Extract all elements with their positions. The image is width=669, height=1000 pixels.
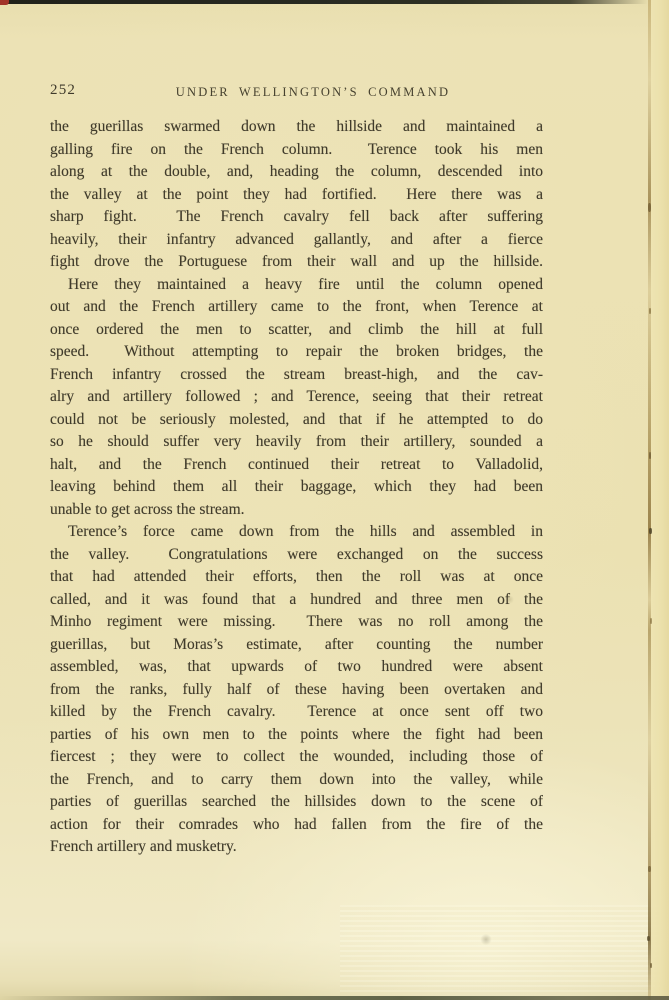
text-line: the French, and to carry them down into … xyxy=(50,769,543,792)
red-corner-mark xyxy=(0,0,9,5)
text-line: Terence’s force came down from the hills… xyxy=(50,521,543,544)
paragraph: the guerillas swarmed down the hillside … xyxy=(50,116,543,274)
scan-speck xyxy=(647,936,650,941)
scan-smudge xyxy=(480,934,492,945)
text-line: the guerillas swarmed down the hillside … xyxy=(50,116,543,139)
text-line: guerillas, but Moras’s estimate, after c… xyxy=(50,634,543,657)
paragraph: Here they maintained a heavy fire until … xyxy=(50,274,543,522)
text-line: from the ranks, fully half of these havi… xyxy=(50,679,543,702)
paragraph: Terence’s force came down from the hills… xyxy=(50,521,543,859)
text-line: fiercest ; they were to collect the woun… xyxy=(50,746,543,769)
text-line: so he should suffer very heavily from th… xyxy=(50,431,543,454)
text-line: killed by the French cavalry. Terence at… xyxy=(50,701,543,724)
text-line: alry and artillery followed ; and Terenc… xyxy=(50,386,543,409)
scan-streak-texture xyxy=(340,905,660,995)
scan-speck xyxy=(649,528,652,534)
scan-speck xyxy=(648,866,651,872)
text-line: French artillery and musketry. xyxy=(50,836,543,859)
text-line: that had attended their efforts, then th… xyxy=(50,566,543,589)
page-body-text: the guerillas swarmed down the hillside … xyxy=(50,116,543,859)
text-line: assembled, was, that upwards of two hund… xyxy=(50,656,543,679)
text-line: fight drove the Portuguese from their wa… xyxy=(50,251,543,274)
text-line: called, and it was found that a hundred … xyxy=(50,589,543,612)
page-number: 252 xyxy=(50,82,76,99)
text-line: halt, and the French continued their ret… xyxy=(50,454,543,477)
text-line: action for their comrades who had fallen… xyxy=(50,814,543,837)
text-line: leaving behind them all their baggage, w… xyxy=(50,476,543,499)
text-line: the valley at the point they had fortifi… xyxy=(50,184,543,207)
scan-speck xyxy=(649,308,651,314)
text-line: parties of his own men to the points whe… xyxy=(50,724,543,747)
text-line: could not be seriously molested, and tha… xyxy=(50,409,543,432)
text-line: Here they maintained a heavy fire until … xyxy=(50,274,543,297)
scan-edge-top xyxy=(0,0,648,4)
text-line: speed. Without attempting to repair the … xyxy=(50,341,543,364)
text-line: once ordered the men to scatter, and cli… xyxy=(50,319,543,342)
text-line: unable to get across the stream. xyxy=(50,499,543,522)
scan-speck xyxy=(650,618,652,624)
text-line: out and the French artillery came to the… xyxy=(50,296,543,319)
text-line: Minho regiment were missing. There was n… xyxy=(50,611,543,634)
scan-edge-right xyxy=(651,0,669,1000)
text-line: heavily, their infantry advanced gallant… xyxy=(50,229,543,252)
text-line: the valley. Congratulations were exchang… xyxy=(50,544,543,567)
scan-speck xyxy=(649,452,651,459)
scan-speck xyxy=(650,963,652,968)
text-line: sharp fight. The French cavalry fell bac… xyxy=(50,206,543,229)
scan-smudge xyxy=(505,595,514,604)
running-header-title: UNDER WELLINGTON’S COMMAND xyxy=(160,85,466,100)
text-line: parties of guerillas searched the hillsi… xyxy=(50,791,543,814)
scan-edge-bottom xyxy=(0,996,669,1000)
scan-speck xyxy=(648,203,651,212)
text-line: along at the double, and, heading the co… xyxy=(50,161,543,184)
text-line: French infantry crossed the stream breas… xyxy=(50,364,543,387)
text-line: galling fire on the French column. Teren… xyxy=(50,139,543,162)
